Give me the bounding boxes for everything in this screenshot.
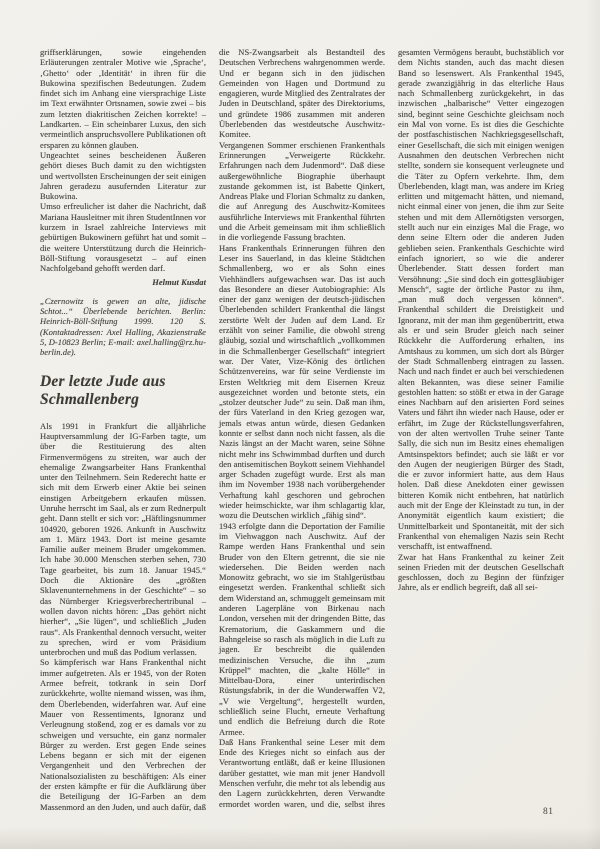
book-citation: „Czernowitz is gewen an alte, jidische S… [40,296,206,358]
bukowina-paragraph: Ungeachtet seines bescheidenen Äußeren g… [40,150,206,201]
page-number: 81 [543,807,554,817]
schmallenberg-paragraph: Zwar hat Hans Frankenthal zu keiner Zeit… [398,552,564,593]
bukowina-paragraph: griffserklärungen, sowie eingehenden Erl… [40,47,206,150]
schmallenberg-paragraph: 1943 erfolgte dann die Deportation der F… [219,521,385,737]
bukowina-paragraph: Umso erfreulicher ist daher die Nachrich… [40,201,206,273]
text-columns: griffserklärungen, sowie eingehenden Erl… [40,47,564,819]
article-title: Der letzte Jude aus Schmallenberg [40,373,206,410]
scanned-book-page: griffserklärungen, sowie eingehenden Erl… [0,0,600,849]
schmallenberg-paragraph: Hans Frankenthals Erinnerungen führen de… [219,243,385,521]
schmallenberg-paragraph: Vergangenen Sommer erschienen Frankentha… [219,140,385,243]
review-author-signature: Helmut Kusdat [40,277,206,287]
schmallenberg-paragraph: Als 1991 in Frankfurt die alljährliche H… [40,421,206,658]
